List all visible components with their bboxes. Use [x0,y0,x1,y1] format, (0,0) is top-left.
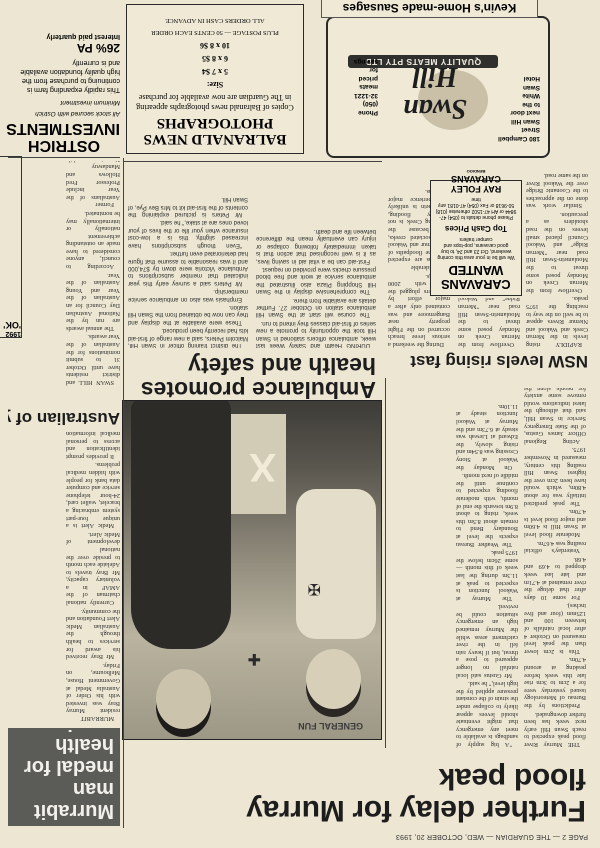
caravans-cta: Top Cash Prices [435,223,517,233]
flood-paragraph: Predictions by the Bureau of Meteorology… [524,656,586,709]
ambulance-paragraph: "Even though subscriptions have increase… [128,218,248,248]
ostrich-note: Interest paid quarterly [8,32,120,41]
ambulance-paragraph: First-aid can be a vital aid in saving l… [256,227,376,264]
murrabit-paragraph: It provides prompt identification and ac… [66,432,120,460]
photo-figure-man [131,400,231,649]
flood-paragraph: The Weather Bureau expects the level at … [456,472,518,548]
ostrich-subtitle: All stock secured with Ostrich [8,109,120,117]
balranald-photos-ad: BALRANALD NEWS PHOTOGRAPHS Copies of Bal… [126,4,304,154]
flood-paragraph: THE Murray River flood peak expected to … [524,710,586,748]
australian-headline: Australian of year nominations now open [8,409,120,428]
photo-head-man [156,669,211,729]
flood-column-2: "A big supply of sandbags is available t… [456,388,518,748]
ambulance-paragraph: These were available at the display and … [128,303,248,325]
caravans-dealer: RAY FOLEY CARAVANS [435,174,517,194]
flood-paragraph: "A big supply of sandbags is available t… [456,680,518,748]
flood-paragraph: This is 2cm lower than the peak level me… [524,602,586,655]
caravans-body: We will be in your area this coming week… [435,236,517,260]
flood-paragraph: Mr Gustus said local rainfall no longer … [456,603,518,679]
australian-paragraph: Former Australians of the Year include P… [66,161,120,208]
photo-figure-woman [296,489,376,639]
flood-paragraph: On Monday the Wakool at Stony Crossing w… [456,402,518,470]
australian-paragraph: The annual awards are run by the Nationa… [66,271,120,332]
flood-headline: Further delay for Murray flood peak [226,762,586,826]
ambulance-paragraph: DURING Health and Safety Week last week,… [256,318,376,348]
address-line: next door [498,108,540,117]
murrabit-paragraph: Currently national chairman of the AMAF … [66,530,120,606]
address-line: Hotel [498,74,540,83]
murrabit-paragraph: MURRABIT resident Murray Bray was invest… [66,661,120,722]
flood-paragraph: Moderate flood level at Swan Hill is 4.6… [524,508,586,538]
ad-rule [8,157,120,158]
phone-line: meats [354,82,378,91]
ostrich-investments-ad: OSTRICH INVESTMENTS All stock secured wi… [8,0,120,158]
side-strip-ad: 1992 'OK' [0,156,22,338]
photos-size-label: Size: [133,79,297,89]
section-rule [124,161,382,162]
photos-size-option: 6 x 8 $5 [133,53,297,63]
flood-paragraph: Acting Regional Officer James Gustus, of… [524,388,586,445]
ambulance-paragraph: The comprehensive display in the Swan Hi… [256,265,376,295]
caravans-contact: Please phone details to (054) 47-9844 or… [435,196,517,220]
meats-address: 180 Campbell Street Swan Hill next door … [498,74,540,142]
address-line: Swan [498,83,540,92]
side-strip-text: 'OK' [0,320,21,330]
flood-paragraph: For some 10 days after that deluge the r… [524,555,586,601]
australian-paragraph: According to council, anyone considered … [66,209,120,270]
phone-line: (050) [354,99,378,108]
phone-line: for [354,65,378,74]
ambulance-paragraph: The course will start at the Swan Hill a… [256,295,376,317]
column-rule [123,158,124,828]
flood-paragraph: The Murray at Wakool Junction is expecte… [456,549,518,602]
australian-column-1: SWAN HILL and district residents have un… [66,161,120,386]
murrabit-paragraph: Mr Bray received his award for services … [66,607,120,660]
phone-line: 32-1221 [354,91,378,100]
nsw-column-2: Overflow from the Merran Creek on Monday… [458,298,520,348]
photo-x-mark: X [249,444,276,489]
nsw-paragraph: Similar work was done on the approaches … [526,171,588,209]
red-cross-icon: ✚ [248,650,261,669]
photos-terms: ALL ORDERS CASH IN ADVANCE [133,16,297,24]
flood-paragraph: Yesterday's official reading was 4.67m. [524,539,586,554]
newspaper-page: PAGE 2 — THE GUARDIAN — WED, OCTOBER 20,… [0,0,600,848]
page-folio: PAGE 2 — THE GUARDIAN — WED, OCTOBER 20,… [396,833,588,840]
meats-phone: Phone (050) 32-1221 meats priced for sav… [354,57,378,117]
photo-sign-text: GENERAL FUN [298,721,363,731]
phone-line: priced [354,74,378,83]
ostrich-title: OSTRICH INVESTMENTS [8,120,120,154]
address-line: 180 Campbell [498,134,540,143]
ambulance-headline: Ambulance promotes health and safety [126,354,376,402]
nsw-headline: NSW levels rising fast [382,352,588,371]
ambulance-paragraph: Emphasis was also on ambulance service m… [128,287,248,302]
murrabit-column-1: MURRABIT resident Murray Bray was invest… [66,432,120,722]
maltese-cross-icon: ✠ [308,580,321,599]
ostrich-body: This rapidly expanding farm is continuin… [8,58,120,94]
murrabit-headline: Murrabit man medal for health services [8,728,120,826]
phone-line: savings [354,57,378,66]
photos-ad-body: Copies of Balranald news photographs app… [133,92,297,112]
phone-line: Phone [354,108,378,117]
photos-size-option: 5 x 7 $4 [133,66,297,76]
address-line: to the [498,100,540,109]
murrabit-paragraph: Medic Alert is a unique four-part system… [66,461,120,529]
ambulance-paragraph: The district training officer in Swan Hi… [128,326,248,348]
nsw-paragraph: Overflow from the Merran Creek on Monday… [526,210,588,294]
photo-head-woman [306,649,361,709]
side-strip-year: 1992 [0,330,21,337]
photos-size-option: 10 x 8 $6 [133,40,297,50]
meats-logo-text: Swan Hill [380,60,490,124]
ambulance-paragraph: Mr Peters is pictured explaining the con… [128,195,248,217]
nsw-column-1: RAPIDLY rising levels in the Merran Cree… [526,158,588,348]
address-line: Swan Hill [498,117,540,126]
column-rule [385,378,386,748]
ambulance-column-1: DURING Health and Safety Week last week,… [256,163,376,348]
ambulance-paragraph: Mr Peters said a survey early this year … [128,249,248,286]
flood-column-1: THE Murray River flood peak expected to … [524,388,586,748]
kevins-sausages-banner: Kevin's Home-made Sausages [321,0,538,18]
address-line: Street [498,125,540,134]
ambulance-photo: X GENERAL FUN ✚ ✠ [122,400,382,740]
ostrich-minimum: Minimum investment [8,98,120,106]
nsw-paragraph: RAPIDLY rising levels in the Merran Cree… [526,295,588,348]
swan-hill-meats-ad: 180 Campbell Street Swan Hill next door … [326,16,550,158]
photos-postage: PLUS POSTAGE — 50 CENTS EACH ORDER [133,28,297,36]
ambulance-column-2: The district training officer in Swan Hi… [128,163,248,348]
flood-paragraph: The peak predicted initially was for abo… [524,446,586,507]
caravans-location: BENDIGO [435,169,517,174]
address-line: White [498,91,540,100]
nsw-paragraph: Overflow from the Merran Creek on Monday… [458,298,520,348]
photos-ad-title: BALRANALD NEWS PHOTOGRAPHS [133,115,297,147]
ostrich-rate: 26% PA [8,41,120,55]
australian-paragraph: SWAN HILL and district residents have un… [66,333,120,386]
caravans-wanted-ad: CARAVANS WANTED We will be in your area … [430,180,522,296]
caravans-title: CARAVANS WANTED [435,263,517,291]
